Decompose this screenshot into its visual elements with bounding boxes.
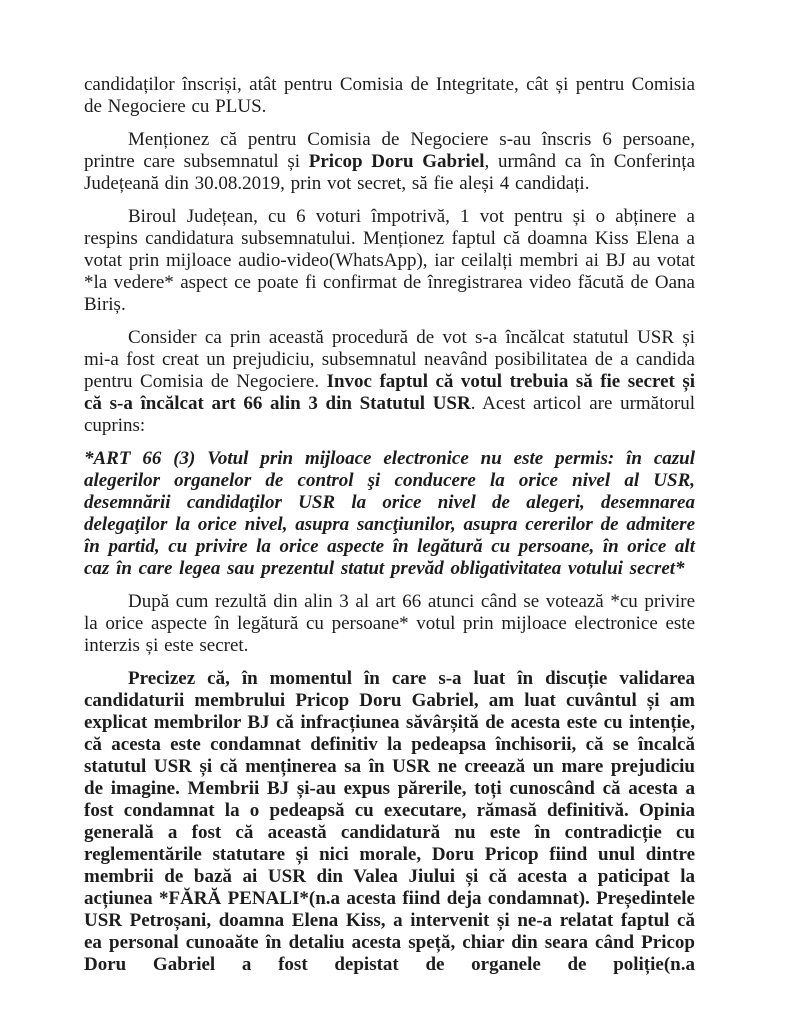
paragraph-4: Consider ca prin această procedură de vo… <box>84 327 695 437</box>
text-run: candidaților înscriși, atât pentru Comis… <box>84 74 695 117</box>
paragraph-6: După cum rezultă din alin 3 al art 66 at… <box>84 591 695 657</box>
text-run-bold: Pricop Doru Gabriel <box>309 151 485 172</box>
paragraph-2: Menționez că pentru Comisia de Negociere… <box>84 129 695 195</box>
text-run: După cum rezultă din alin 3 al art 66 at… <box>84 591 695 656</box>
paragraph-1: candidaților înscriși, atât pentru Comis… <box>84 74 695 118</box>
text-run-bold-italic: *ART 66 (3) Votul prin mijloace electron… <box>84 448 695 579</box>
text-run-bold: Precizez că, în momentul în care s-a lua… <box>84 668 695 975</box>
text-run: Biroul Județean, cu 6 voturi împotrivă, … <box>84 206 695 315</box>
paragraph-7: Precizez că, în momentul în care s-a lua… <box>84 668 695 976</box>
paragraph-3: Biroul Județean, cu 6 voturi împotrivă, … <box>84 206 695 316</box>
paragraph-5-statute-quote: *ART 66 (3) Votul prin mijloace electron… <box>84 448 695 580</box>
document-page: candidaților înscriși, atât pentru Comis… <box>0 0 791 1024</box>
